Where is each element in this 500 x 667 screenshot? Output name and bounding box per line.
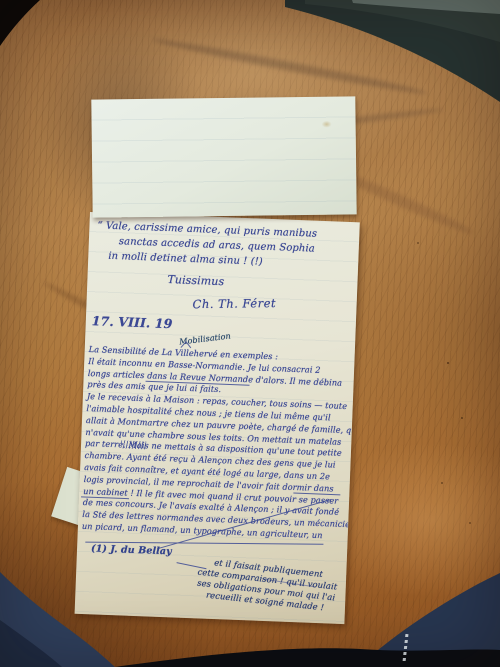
insertion-caret [181,342,191,348]
cross-out-slash [157,493,331,556]
underline-dormir [293,493,340,495]
underline-cabinet [81,497,129,499]
blank-top-sheet [91,96,356,217]
corner-top-left-dark [0,0,40,46]
photo-scene: “ Vale, carissime amice, qui puris manib… [0,0,500,667]
floor-bottom-strip [115,648,500,667]
paper-stain [322,121,332,128]
underline-revue-normande [146,381,250,385]
floor-bottom-right [372,573,500,655]
letter-sheet: “ Vale, carissime amice, qui puris manib… [75,212,360,624]
